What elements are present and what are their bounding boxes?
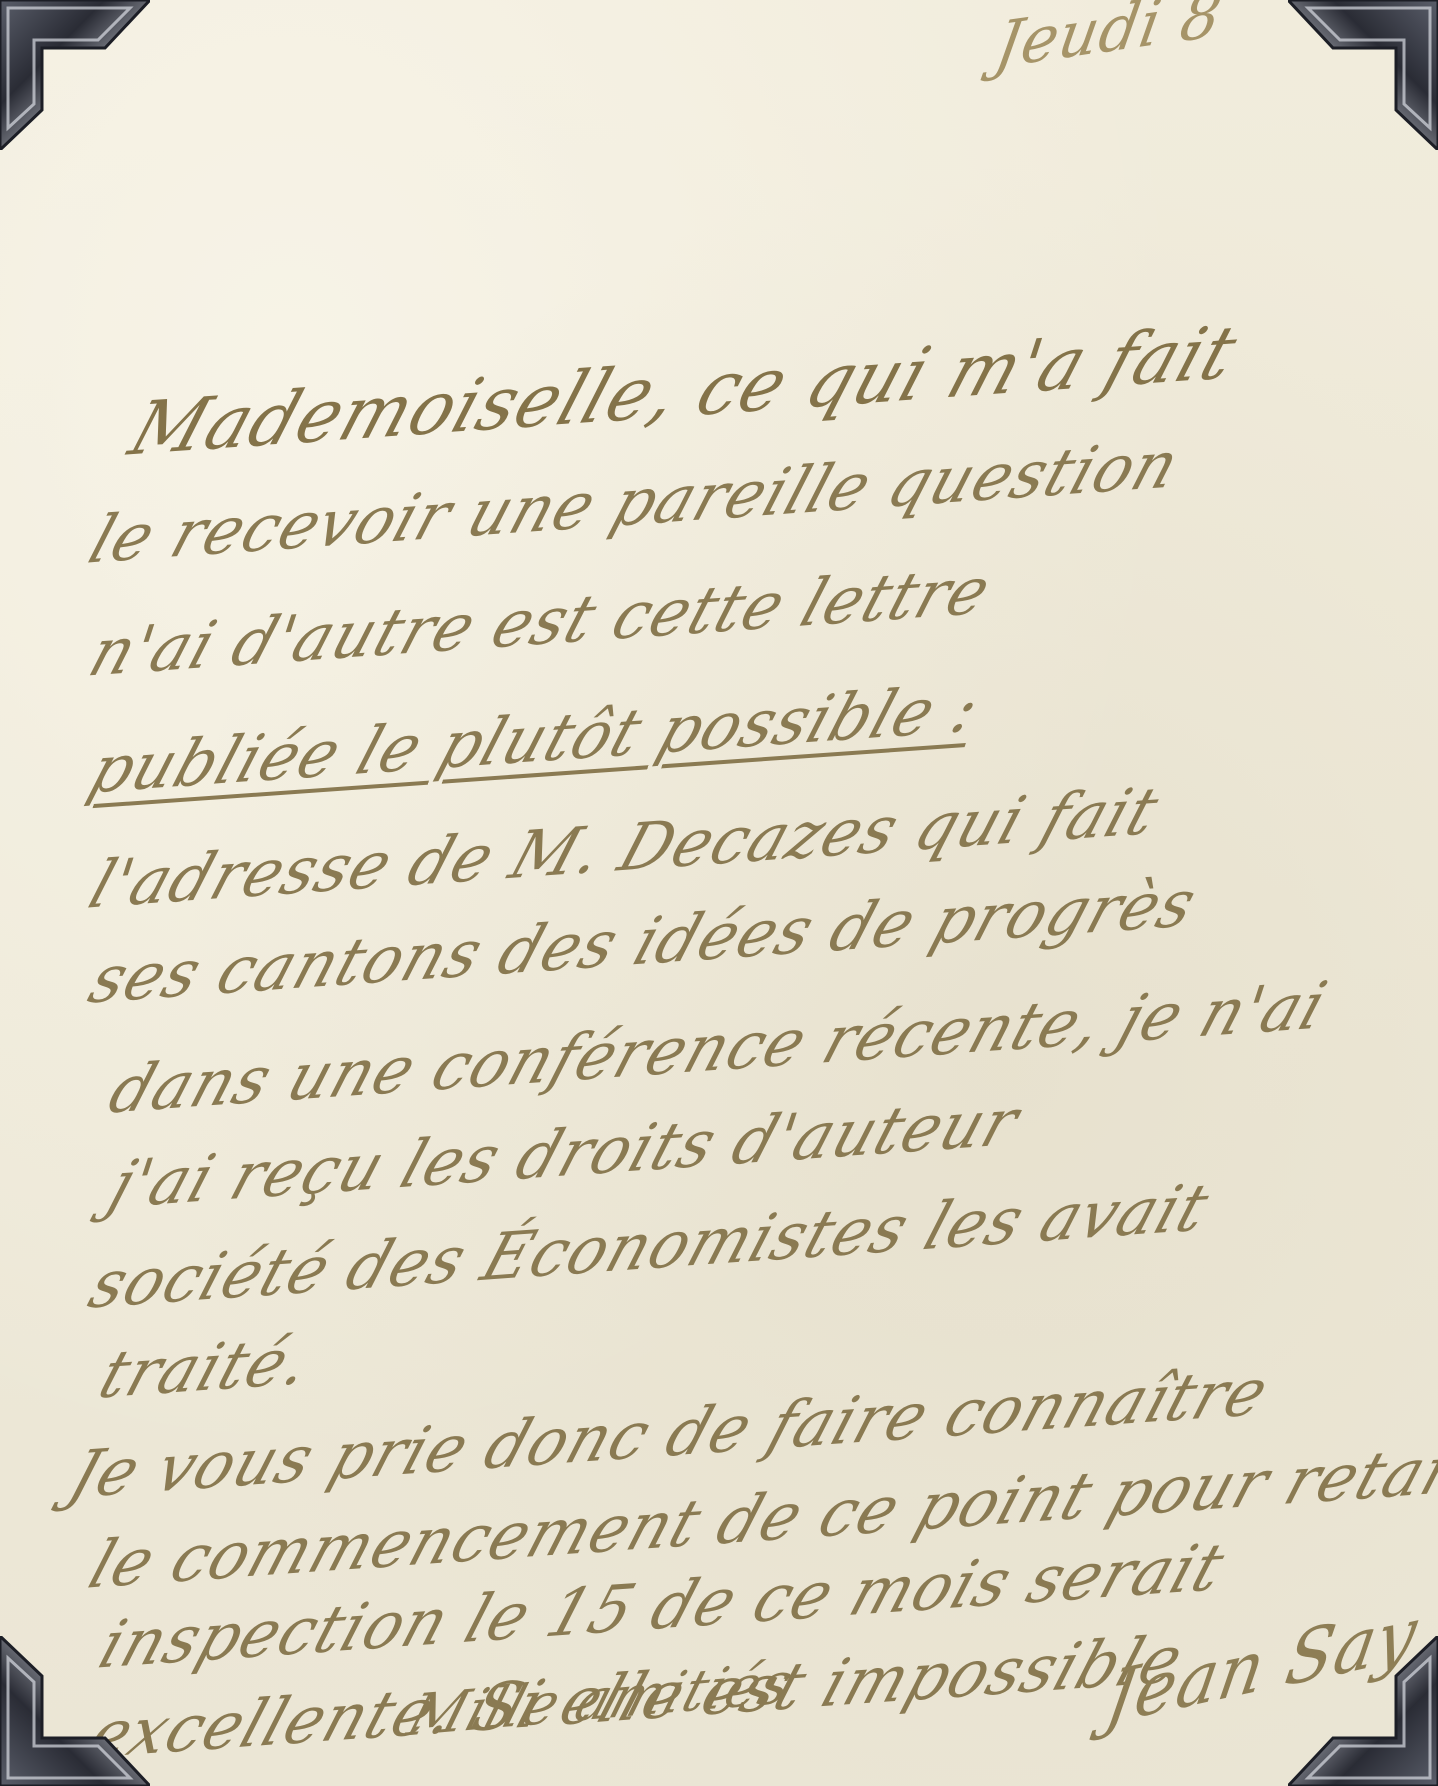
photo-corner-bottom-left <box>0 1636 150 1786</box>
photo-corner-top-right <box>1288 0 1438 150</box>
photo-corner-top-left <box>0 0 150 150</box>
photo-corner-bottom-right <box>1288 1636 1438 1786</box>
